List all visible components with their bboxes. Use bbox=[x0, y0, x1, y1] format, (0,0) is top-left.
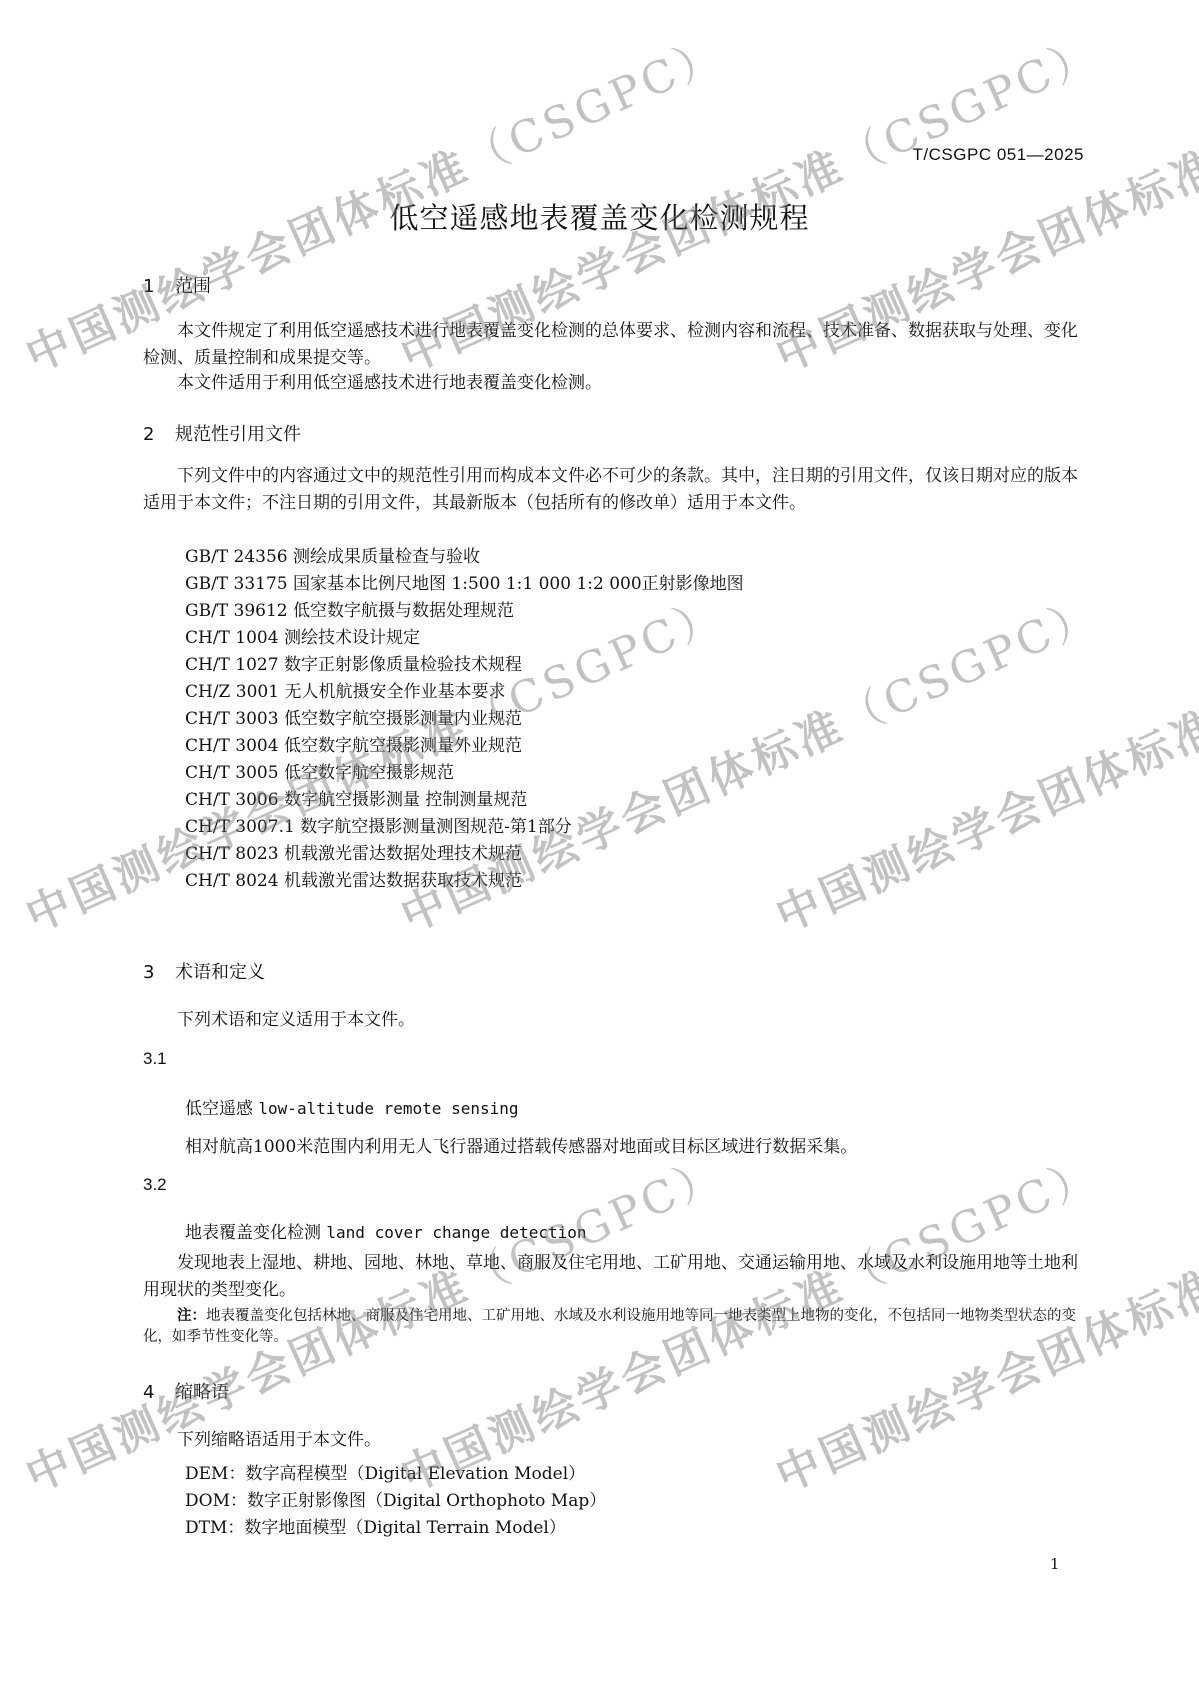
term-3-1-definition: 相对航高1000米范围内利用无人飞行器通过搭载传感器对地面或目标区域进行数据采集… bbox=[185, 1132, 857, 1157]
section-4-intro: 下列缩略语适用于本文件。 bbox=[143, 1427, 1088, 1454]
term-3-2-number: 3.2 bbox=[143, 1175, 167, 1195]
section-1-heading: 1范围 bbox=[143, 272, 211, 298]
reference-item: GB/T 24356 测绘成果质量检查与验收 bbox=[185, 542, 480, 567]
reference-item: CH/T 1004 测绘技术设计规定 bbox=[185, 623, 420, 648]
section-1-paragraph-2: 本文件适用于利用低空遥感技术进行地表覆盖变化检测。 bbox=[143, 370, 1088, 397]
term-3-2-definition: 发现地表上湿地、耕地、园地、林地、草地、商服及住宅用地、工矿用地、交通运输用地、… bbox=[143, 1250, 1088, 1304]
reference-item: CH/T 3006 数字航空摄影测量 控制测量规范 bbox=[185, 785, 527, 810]
term-3-1-number: 3.1 bbox=[143, 1049, 167, 1069]
reference-item: GB/T 33175 国家基本比例尺地图 1:500 1:1 000 1:2 0… bbox=[185, 569, 744, 594]
reference-item: CH/T 8024 机载激光雷达数据获取技术规范 bbox=[185, 866, 522, 891]
document-title: 低空遥感地表覆盖变化检测规程 bbox=[0, 196, 1199, 237]
standard-code: T/CSGPC 051—2025 bbox=[913, 145, 1084, 165]
section-2-heading: 2规范性引用文件 bbox=[143, 420, 301, 446]
abbreviation-item: DOM：数字正射影像图（Digital Orthophoto Map） bbox=[185, 1486, 606, 1511]
term-3-1-heading: 低空遥感 low-altitude remote sensing bbox=[185, 1094, 519, 1119]
reference-item: CH/T 8023 机载激光雷达数据处理技术规范 bbox=[185, 839, 522, 864]
section-3-intro: 下列术语和定义适用于本文件。 bbox=[143, 1007, 1088, 1034]
abbreviation-item: DTM：数字地面模型（Digital Terrain Model） bbox=[185, 1513, 566, 1538]
reference-item: CH/T 3005 低空数字航空摄影规范 bbox=[185, 758, 454, 783]
reference-item: CH/T 3003 低空数字航空摄影测量内业规范 bbox=[185, 704, 522, 729]
watermark: 中国测绘学会团体标准（CSGPC） bbox=[764, 577, 1199, 944]
term-3-2-note: 注：地表覆盖变化包括林地、商服及住宅用地、工矿用地、水域及水利设施用地等同一地表… bbox=[143, 1306, 1088, 1348]
reference-item: CH/Z 3001 无人机航摄安全作业基本要求 bbox=[185, 677, 505, 702]
section-4-heading: 4缩略语 bbox=[143, 1378, 229, 1404]
abbreviation-item: DEM：数字高程模型（Digital Elevation Model） bbox=[185, 1459, 585, 1484]
reference-item: CH/T 1027 数字正射影像质量检验技术规程 bbox=[185, 650, 522, 675]
section-1-paragraph-1: 本文件规定了利用低空遥感技术进行地表覆盖变化检测的总体要求、检测内容和流程、技术… bbox=[143, 318, 1088, 372]
reference-item: CH/T 3007.1 数字航空摄影测量测图规范-第1部分 bbox=[185, 812, 572, 837]
document-page: T/CSGPC 051—2025 低空遥感地表覆盖变化检测规程 1范围 本文件规… bbox=[0, 0, 1199, 1696]
reference-item: CH/T 3004 低空数字航空摄影测量外业规范 bbox=[185, 731, 522, 756]
section-2-intro: 下列文件中的内容通过文中的规范性引用而构成本文件必不可少的条款。其中，注日期的引… bbox=[143, 463, 1088, 517]
term-3-2-heading: 地表覆盖变化检测 land cover change detection bbox=[185, 1218, 587, 1243]
reference-item: GB/T 39612 低空数字航摄与数据处理规范 bbox=[185, 596, 514, 621]
page-number: 1 bbox=[1050, 1555, 1060, 1573]
section-3-heading: 3术语和定义 bbox=[143, 958, 265, 984]
